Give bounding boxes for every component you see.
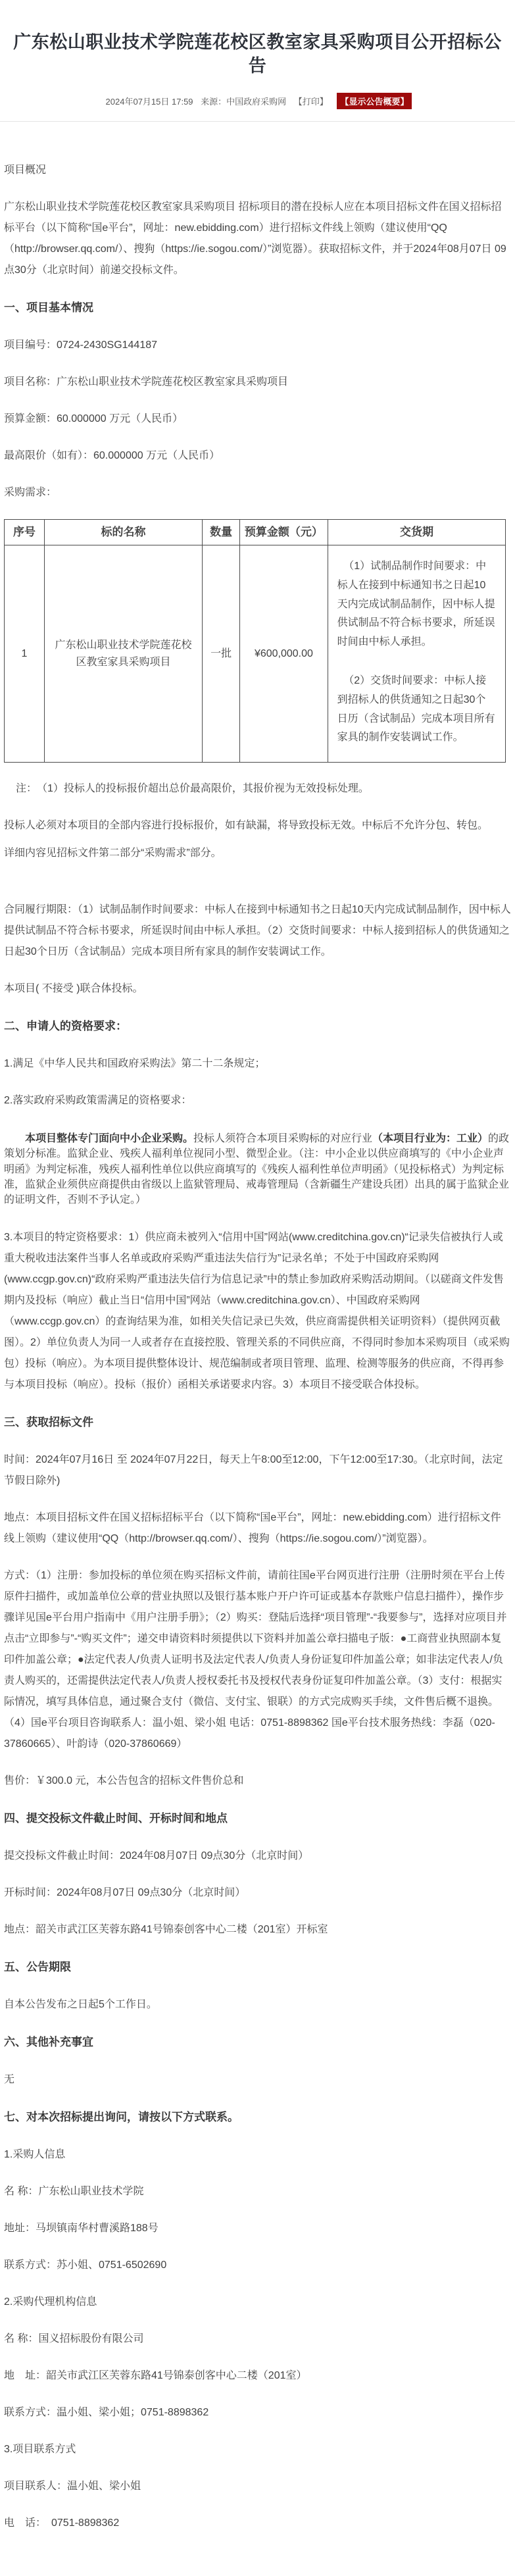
purchaser-address: 地址：马坝镇南华村曹溪路188号 [4,2218,511,2239]
agency-name: 名 称：国义招标股份有限公司 [4,2329,511,2350]
announcement-page: 广东松山职业技术学院莲花校区教室家具采购项目公开招标公告 2024年07月15日… [0,0,515,2576]
cell-quantity: 一批 [203,545,240,762]
obtain-time: 时间：2024年07月16日 至 2024年07月22日，每天上午8:00至12… [4,1450,511,1492]
smb-policy-bold-2: （本项目行业为：工业） [372,1133,488,1144]
section-7-heading: 七、对本次招标提出询问，请按以下方式联系。 [4,2106,511,2129]
delivery-requirement-2: （2）交货时间要求：中标人接到招标人的供货通知之日起30个日历（含试制品）完成本… [337,672,497,747]
publish-datetime: 2024年07月15日 17:59 [106,97,193,107]
section-6-heading: 六、其他补充事宜 [4,2031,511,2054]
budget-amount: 预算金额：60.000000 万元（人民币） [4,409,511,430]
other-matters: 无 [4,2069,511,2090]
project-contact-label: 3.项目联系方式 [4,2439,511,2460]
page-title: 广东松山职业技术学院莲花校区教室家具采购项目公开招标公告 [0,0,515,90]
submission-deadline: 提交投标文件截止时间：2024年08月07日 09点30分（北京时间） [4,1846,511,1867]
document-price: 售价：￥300.0 元，本公告包含的招标文件售价总和 [4,1771,511,1792]
agency-contact: 联系方式：温小姐、梁小姐；0751-8898362 [4,2402,511,2423]
demand-label: 采购需求： [4,482,511,503]
smb-policy-bold-1: 本项目整体专门面向中小企业采购。 [25,1133,193,1144]
price-limit-note: 注： （1）投标人的投标报价超出总价最高限价，其报价视为无效投标处理。 [4,778,511,799]
bid-opening-place: 地点：韶关市武江区芙蓉东路41号锦泰创客中心二楼（201室）开标室 [4,1919,511,1940]
announcement-body: 项目概况 广东松山职业技术学院莲花校区教室家具采购项目 招标项目的潜在投标人应在… [0,122,515,2576]
summary-toggle-badge[interactable]: 【显示公告概要】 [337,93,412,109]
cell-index: 1 [5,545,45,762]
col-header-quantity: 数量 [203,519,240,545]
smb-policy-paragraph: 本项目整体专门面向中小企业采购。投标人须符合本项目采购标的对应行业（本项目行业为… [4,1131,511,1207]
project-name: 项目名称：广东松山职业技术学院莲花校区教室家具采购项目 [4,372,511,393]
table-header-row: 序号 标的名称 数量 预算金额（元） 交货期 [5,519,506,545]
section-3-heading: 三、获取招标文件 [4,1411,511,1434]
project-number: 项目编号：0724-2430SG144187 [4,335,511,356]
announcement-period: 自本公告发布之日起5个工作日。 [4,1994,511,2015]
bid-opening-time: 开标时间：2024年08月07日 09点30分（北京时间） [4,1882,511,1904]
full-bid-note: 投标人必须对本项目的全部内容进行投标报价，如有缺漏，将导致投标无效。中标后不允许… [4,815,511,836]
project-contact-phone: 电 话： 0751-8898362 [4,2513,511,2534]
smb-policy-regular-1: 投标人须符合本项目采购标的对应行业 [193,1133,372,1144]
col-header-delivery: 交货期 [328,519,506,545]
col-header-budget: 预算金额（元） [240,519,328,545]
detail-reference-note: 详细内容见招标文件第二部分“采购需求”部分。 [4,843,511,864]
purchaser-info-label: 1.采购人信息 [4,2144,511,2165]
qualification-item-3: 3.本项目的特定资格要求：1）供应商未被列入“信用中国”网站(www.credi… [4,1227,511,1396]
contract-term: 合同履行期限：（1）试制品制作时间要求：中标人在接到中标通知书之日起10天内完成… [4,899,511,963]
col-header-index: 序号 [5,519,45,545]
col-header-subject: 标的名称 [44,519,202,545]
consortium-statement: 本项目( 不接受 )联合体投标。 [4,978,511,999]
qualification-item-2: 2.落实政府采购政策需满足的资格要求： [4,1090,511,1111]
purchaser-contact: 联系方式：苏小姐、0751-6502690 [4,2255,511,2276]
agency-address: 地 址：韶关市武江区芙蓉东路41号锦泰创客中心二楼（201室） [4,2365,511,2387]
project-contact-person: 项目联系人：温小姐、梁小姐 [4,2476,511,2497]
section-4-heading: 四、提交投标文件截止时间、开标时间和地点 [4,1807,511,1830]
section-5-heading: 五、公告期限 [4,1956,511,1979]
cell-subject: 广东松山职业技术学院莲花校区教室家具采购项目 [44,545,202,762]
obtain-place: 地点：本项目招标文件在国义招标招标平台（以下简称“国e平台”，网址：new.eb… [4,1507,511,1550]
meta-line: 2024年07月15日 17:59 来源：中国政府采购网 【打印】 【显示公告概… [0,90,515,121]
table-row: 1 广东松山职业技术学院莲花校区教室家具采购项目 一批 ¥600,000.00 … [5,545,506,762]
section-1-heading: 一、项目基本情况 [4,297,511,319]
overview-paragraph: 广东松山职业技术学院莲花校区教室家具采购项目 招标项目的潜在投标人应在本项目招标… [4,197,511,281]
qualification-item-1: 1.满足《中华人民共和国政府采购法》第二十二条规定； [4,1053,511,1074]
cell-delivery: （1）试制品制作时间要求：中标人在接到中标通知书之日起10天内完成试制品制作，因… [328,545,506,762]
section-2-heading: 二、申请人的资格要求： [4,1015,511,1038]
max-price: 最高限价（如有）：60.000000 万元（人民币） [4,445,511,467]
delivery-requirement-1: （1）试制品制作时间要求：中标人在接到中标通知书之日起10天内完成试制品制作，因… [337,557,497,652]
print-button[interactable]: 【打印】 [294,97,328,107]
overview-heading: 项目概况 [4,160,511,181]
agency-info-label: 2.采购代理机构信息 [4,2292,511,2313]
demand-table: 序号 标的名称 数量 预算金额（元） 交货期 1 广东松山职业技术学院莲花校区教… [4,519,506,763]
cell-budget: ¥600,000.00 [240,545,328,762]
purchaser-name: 名 称：广东松山职业技术学院 [4,2181,511,2202]
obtain-method: 方式：（1）注册：参加投标的单位须在购买招标文件前，请前往国e平台网页进行注册（… [4,1565,511,1755]
source-text: 来源：中国政府采购网 [201,97,286,107]
